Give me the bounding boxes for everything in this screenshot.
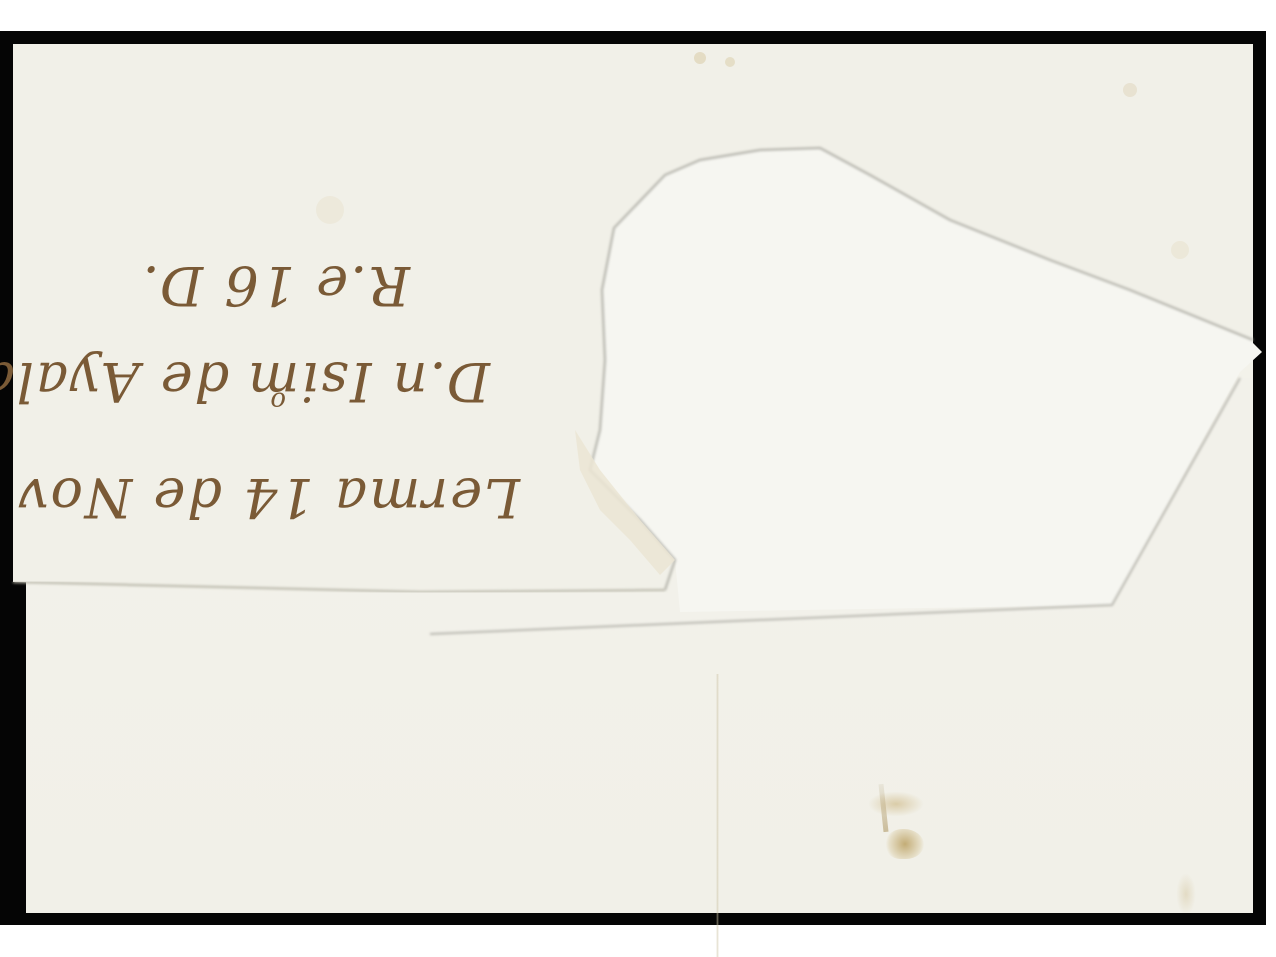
docket-line-place-date: Lerma 14 de Nov 180 bbox=[40, 449, 560, 545]
docket-superscript: o bbox=[268, 386, 286, 416]
folded-flap: Lerma 14 de Nov 180 D.n Isimo de Ayala R… bbox=[0, 0, 1276, 956]
docket-line-addressee: D.n Isimo de Ayala bbox=[40, 333, 560, 449]
docket-line-reference: R.e 16 D. bbox=[40, 237, 560, 333]
docket-addressee-suffix: de Ayala bbox=[0, 350, 248, 413]
photo-stage: Lerma 14 de Nov 180 D.n Isimo de Ayala R… bbox=[0, 0, 1276, 956]
manuscript-docket: Lerma 14 de Nov 180 D.n Isimo de Ayala R… bbox=[40, 235, 560, 545]
